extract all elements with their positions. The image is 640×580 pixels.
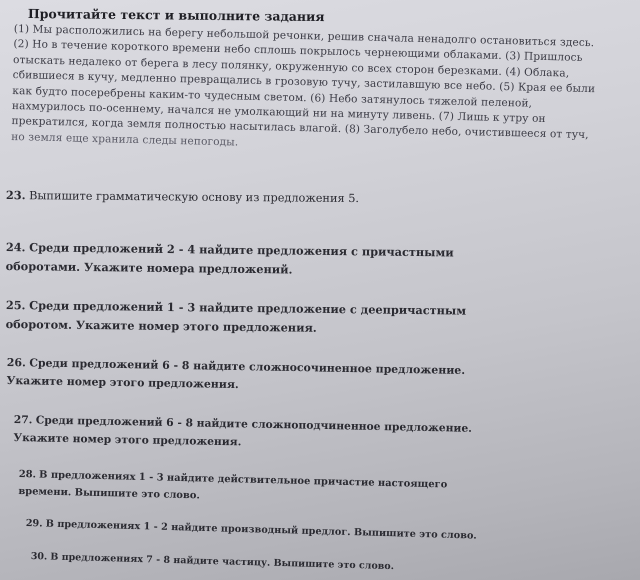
task-number: 26.	[7, 356, 26, 369]
task-27: 27. Среди предложений 6 - 8 найдите слож…	[13, 411, 472, 456]
printed-sheet: Прочитайте текст и выполните задания (1)…	[0, 0, 640, 580]
task-text: В предложениях 1 - 2 найдите производный…	[46, 519, 477, 542]
document-title: Прочитайте текст и выполните задания	[28, 6, 325, 24]
task-text: Среди предложений 2 - 4 найдите предложе…	[29, 240, 454, 259]
task-number: 24.	[6, 240, 26, 254]
task-number: 28.	[19, 469, 36, 480]
task-text: Среди предложений 1 - 3 найдите предложе…	[29, 298, 466, 317]
task-number: 30.	[31, 551, 48, 562]
task-number: 23.	[6, 188, 26, 202]
reading-passage: (1) Мы расположились на берегу небольшой…	[11, 22, 640, 161]
task-number: 25.	[6, 298, 26, 312]
task-26: 26. Среди предложений 6 - 8 найдите слож…	[6, 354, 465, 398]
task-24: 24. Среди предложений 2 - 4 найдите пред…	[6, 238, 454, 280]
task-number: 27.	[14, 413, 33, 426]
task-30: 30. В предложениях 7 - 8 найдите частицу…	[30, 548, 394, 576]
task-23: 23. Выпишите грамматическую основу из пр…	[6, 186, 359, 208]
task-28: 28. В предложениях 1 - 3 найдите действи…	[18, 466, 447, 510]
task-29: 29. В предложениях 1 - 2 найдите произво…	[25, 515, 476, 546]
task-25: 25. Среди предложений 1 - 3 найдите пред…	[6, 296, 467, 339]
task-number: 29.	[26, 518, 43, 529]
task-text: В предложениях 7 - 8 найдите частицу. Вы…	[50, 552, 394, 573]
task-text: Выпишите грамматическую основу из предло…	[29, 189, 359, 205]
